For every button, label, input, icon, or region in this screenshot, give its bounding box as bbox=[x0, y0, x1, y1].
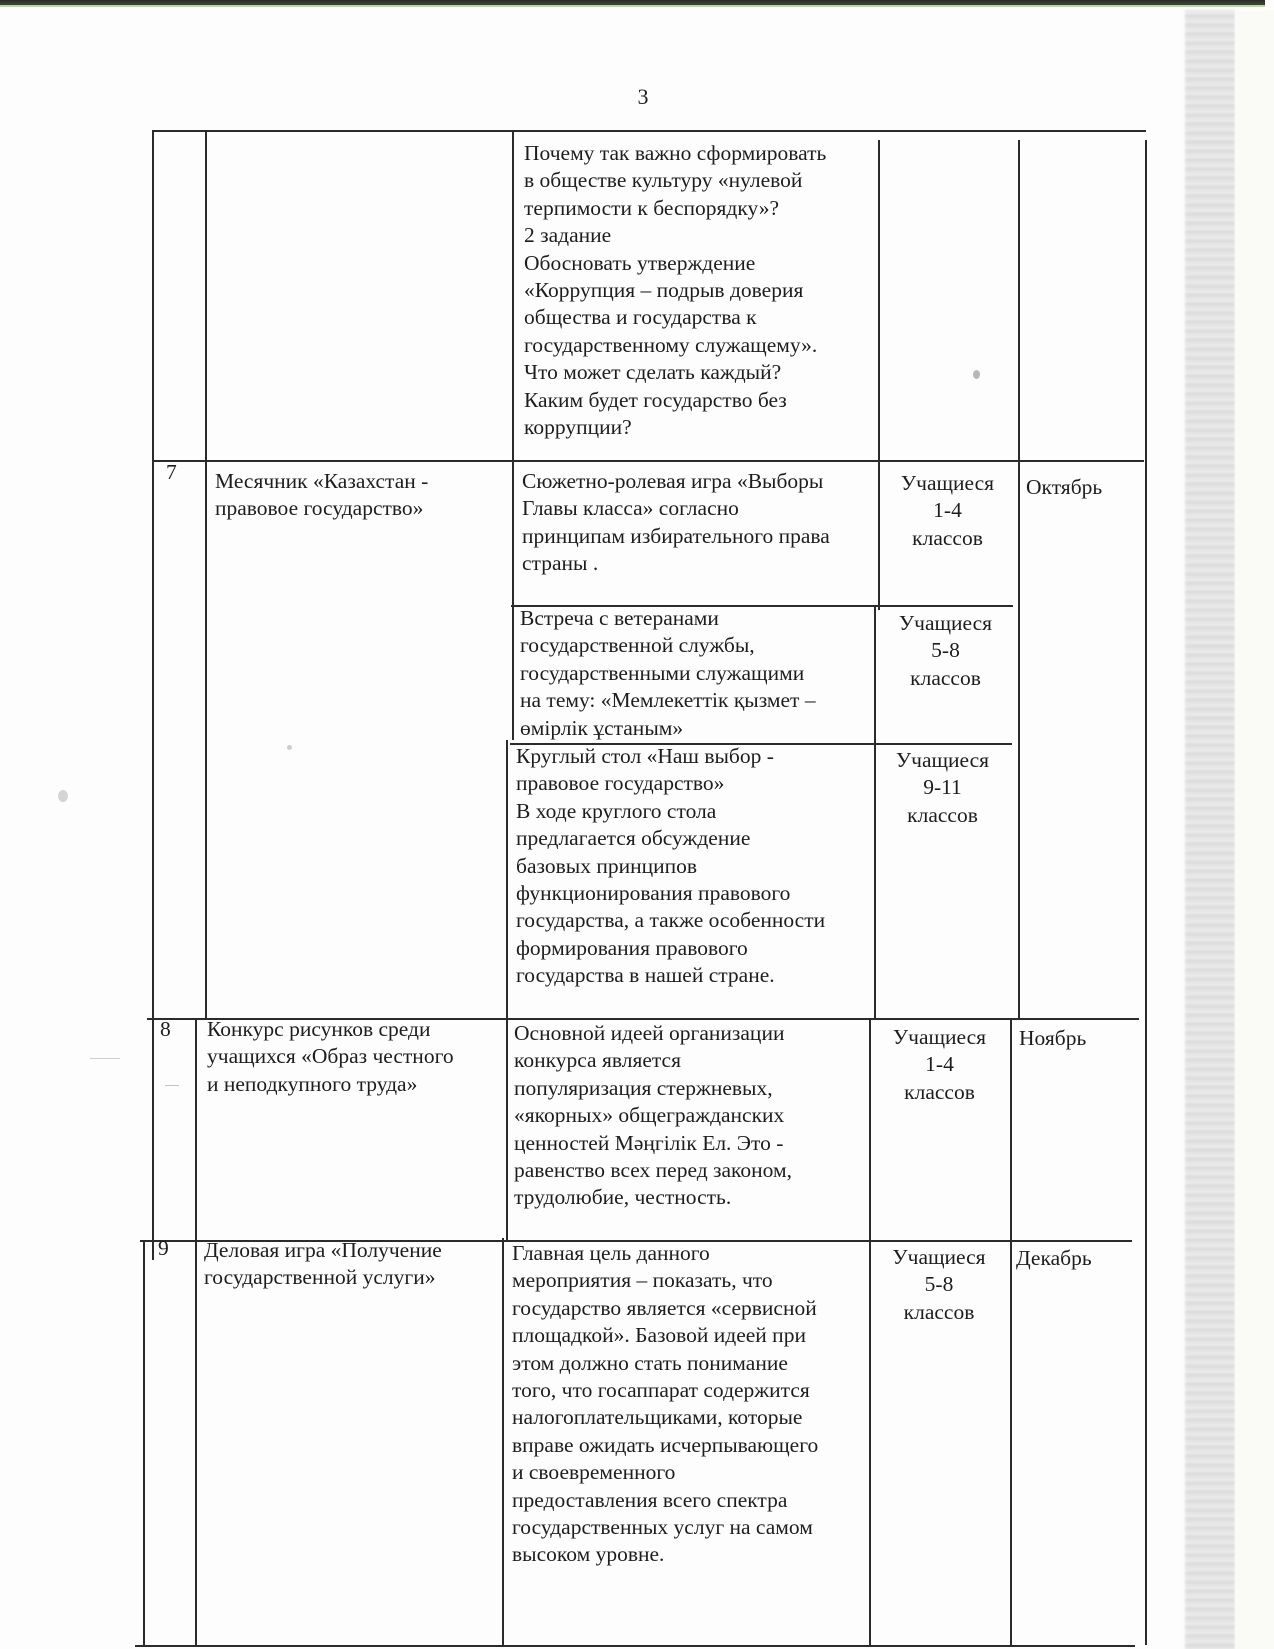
row-7-activity-2-participants: Учащиеся 5-8 классов bbox=[878, 610, 1013, 692]
row-7-activity-3-participants: Учащиеся 9-11 классов bbox=[875, 747, 1010, 829]
row-9-month: Декабрь bbox=[1016, 1245, 1131, 1272]
table-border-right bbox=[1145, 140, 1147, 1645]
row-7-activity-1-participants: Учащиеся 1-4 классов bbox=[880, 470, 1015, 552]
scan-speck bbox=[58, 790, 68, 802]
scan-shadow-edge bbox=[1185, 10, 1235, 1649]
page-number: 3 bbox=[6, 84, 1274, 110]
col-divider-num bbox=[195, 1018, 197, 1645]
row-9-number: 9 bbox=[158, 1235, 178, 1262]
col-divider-num bbox=[205, 130, 207, 1020]
row-9-activity-description: Главная цель данного мероприятия – показ… bbox=[512, 1240, 867, 1569]
row-7-month: Октябрь bbox=[1026, 474, 1141, 501]
row-9-activity-participants: Учащиеся 5-8 классов bbox=[870, 1244, 1008, 1326]
row-7-activity-2-description: Встреча с ветеранами государственной слу… bbox=[520, 605, 870, 742]
scan-paper-margin bbox=[1235, 10, 1274, 1649]
scan-speck bbox=[90, 1058, 120, 1059]
col-divider-title bbox=[502, 1238, 504, 1645]
col-divider-title bbox=[512, 130, 514, 740]
row-8-title: Конкурс рисунков среди учащихся «Образ ч… bbox=[207, 1016, 502, 1098]
row-7-activity-3-description: Круглый стол «Наш выбор - правовое госуд… bbox=[516, 743, 871, 990]
col-divider-participants bbox=[1010, 1018, 1012, 1645]
row-8-number: 8 bbox=[160, 1016, 180, 1043]
row-8-activity-description: Основной идеей организации конкурса явля… bbox=[514, 1020, 869, 1212]
scan-speck bbox=[165, 1085, 179, 1086]
row-8-activity-participants: Учащиеся 1-4 классов bbox=[872, 1024, 1007, 1106]
row-7-number: 7 bbox=[166, 459, 186, 486]
row-7-activity-1-description: Сюжетно-ролевая игра «Выборы Главы класс… bbox=[522, 468, 872, 578]
table-border-left bbox=[152, 130, 154, 1260]
col-divider-participants bbox=[1018, 140, 1020, 1020]
row-continuation-description: Почему так важно сформировать в обществе… bbox=[524, 140, 874, 441]
scan-speck bbox=[973, 370, 980, 379]
row-divider bbox=[152, 460, 1144, 462]
scan-top-edge-tint bbox=[0, 5, 1265, 7]
table-border-top bbox=[153, 130, 1146, 132]
table-border-bottom bbox=[135, 1645, 1135, 1647]
table-border-left bbox=[143, 1240, 145, 1645]
row-8-month: Ноябрь bbox=[1019, 1025, 1134, 1052]
col-divider-desc bbox=[869, 1018, 871, 1645]
row-7-title: Месячник «Казахстан - правовое государст… bbox=[215, 468, 510, 523]
scan-speck bbox=[287, 745, 292, 750]
col-divider-title bbox=[506, 740, 508, 1240]
row-9-title: Деловая игра «Получение государственной … bbox=[204, 1237, 499, 1292]
